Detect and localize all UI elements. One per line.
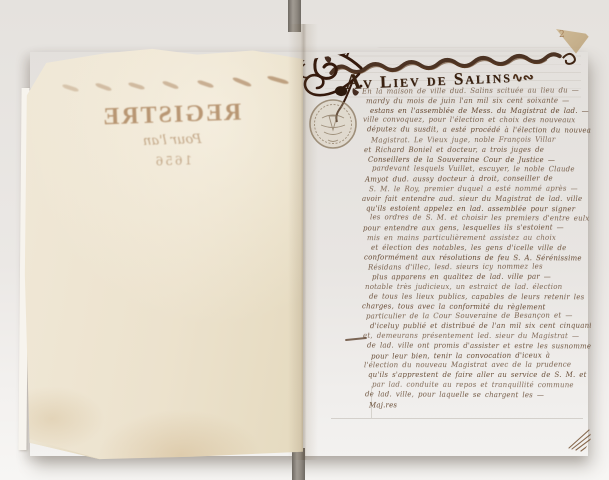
bottom-margin-line xyxy=(371,386,372,418)
manuscript-line: par lad. conduite au repos et tranquilli… xyxy=(372,381,589,391)
manuscript-body: En la maison de ville dud. Salins scitué… xyxy=(367,87,589,410)
manuscript-line: avoir fait entendre aud. sieur du Magist… xyxy=(362,195,589,205)
manuscript-line: de tous les lieux publics, capables de l… xyxy=(369,292,589,302)
heading-tail-flourish: ∿∾ xyxy=(512,69,534,85)
manuscript-line: qu'ils s'apprestent de faire aller au se… xyxy=(368,371,589,381)
bleedthrough-title-block: REGISTRE Pour l'an 1656 xyxy=(81,97,263,173)
manuscript-line: pour entendre aux gens, lesquelles ils s… xyxy=(363,224,589,235)
manuscript-line: mardy du mois de juin l'an mil six cent … xyxy=(366,96,589,106)
bottom-ruled-line xyxy=(331,418,583,419)
manuscript-line: et Richard Boniel et docteur, a trois ju… xyxy=(364,146,589,156)
manuscript-photo: REGISTRE Pour l'an 1656 + 2 Av Liev de xyxy=(0,0,609,480)
right-page: + 2 Av Liev de Salins∿∾ xyxy=(303,24,592,457)
corner-pen-scribble-icon xyxy=(567,428,595,452)
notarial-paper-seal-icon xyxy=(308,98,358,150)
manuscript-line: de lad. ville ont promis d'assister et e… xyxy=(367,341,589,352)
bleedthrough-ribbon-dashes xyxy=(62,78,282,92)
left-page: REGISTRE Pour l'an 1656 xyxy=(24,48,303,460)
bleedthrough-title: REGISTRE xyxy=(81,97,262,133)
manuscript-line: d'iceluy publié et distribué de l'an mil… xyxy=(370,322,589,332)
manuscript-line: mis en mains particulièrement assistez a… xyxy=(367,234,589,244)
collation-cross-mark: + xyxy=(451,24,462,39)
folio-number: 2 xyxy=(559,30,565,40)
manuscript-line: Magistrat. Le Vieux juge, noble François… xyxy=(371,136,589,147)
manuscript-line: de lad. ville, pour laquelle se chargent… xyxy=(365,390,589,401)
manuscript-line: plus apparens en qualitez de lad. ville … xyxy=(372,273,589,283)
book-strap-top xyxy=(288,0,301,32)
manuscript-line: et, demeurans présentement led. sieur du… xyxy=(363,332,589,342)
manuscript-line: l'élection du nouveau Magistrat avec de … xyxy=(364,361,589,371)
manuscript-line: notable très judicieux, un estraict de l… xyxy=(365,283,589,293)
book-strap-bottom xyxy=(292,448,305,480)
manuscript-line: Maj.res xyxy=(369,400,589,411)
manuscript-line: S. M. le Roy, premier duquel a esté nomm… xyxy=(369,185,589,195)
manuscript-line: et élection des notables, les gens d'ice… xyxy=(371,244,589,254)
